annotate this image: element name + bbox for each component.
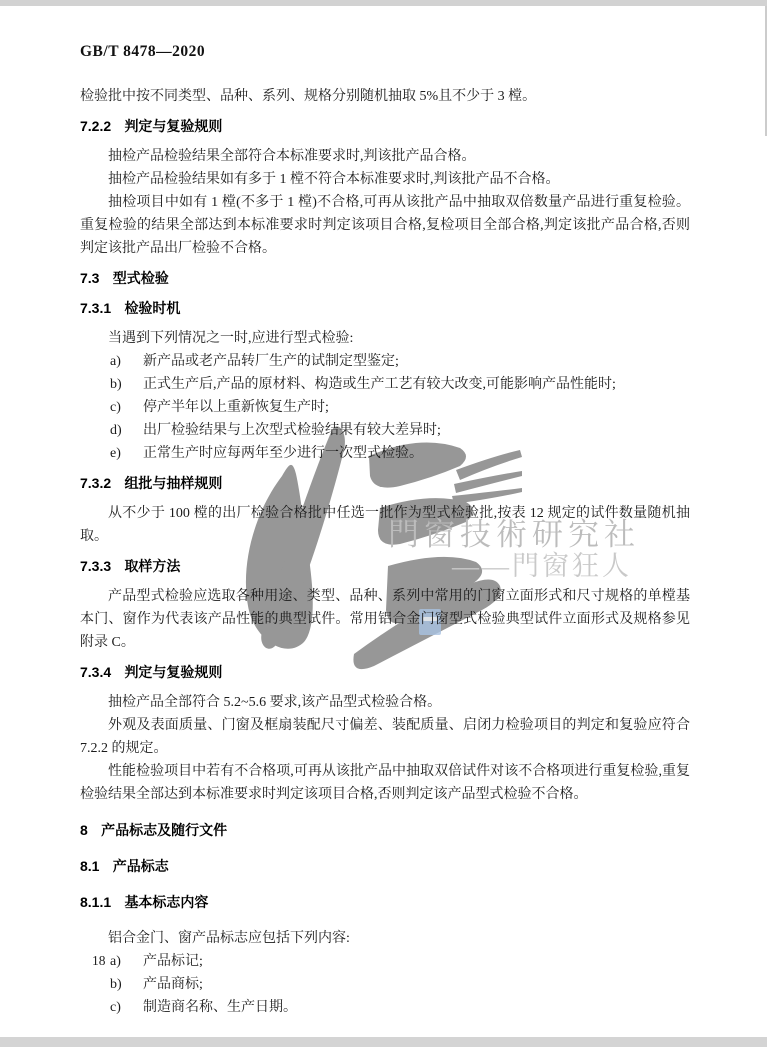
list-marker: b) [110, 973, 143, 996]
standard-code-header: GB/T 8478—2020 [80, 43, 690, 61]
list-marker: d) [110, 419, 143, 442]
heading-number: 7.3 [80, 267, 99, 290]
list-item-text: 正式生产后,产品的原材料、构造或生产工艺有较大改变,可能影响产品性能时; [143, 377, 616, 392]
paragraph: 外观及表面质量、门窗及框扇装配尺寸偏差、装配质量、启闭力检验项目的判定和复验应符… [80, 714, 690, 760]
paragraph: 抽检产品检验结果全部符合本标准要求时,判该批产品合格。 [80, 145, 690, 168]
document-content: GB/T 8478—2020 检验批中按不同类型、品种、系列、规格分别随机抽取 … [0, 43, 767, 1019]
section-heading-7.3.2: 7.3.2组批与抽样规则 [80, 472, 690, 495]
list-marker: e) [110, 442, 143, 465]
paragraph: 检验批中按不同类型、品种、系列、规格分别随机抽取 5%且不少于 3 樘。 [80, 85, 690, 108]
paragraph: 铝合金门、窗产品标志应包括下列内容: [80, 927, 690, 950]
list-marker: a) [110, 950, 143, 973]
list-item-a: a)新产品或老产品转厂生产的试制定型鉴定; [80, 350, 690, 373]
paragraph: 产品型式检验应选取各种用途、类型、品种、系列中常用的门窗立面形式和尺寸规格的单樘… [80, 585, 690, 654]
section-heading-7.3.4: 7.3.4判定与复验规则 [80, 661, 690, 684]
heading-title: 基本标志内容 [124, 894, 208, 910]
document-body: 检验批中按不同类型、品种、系列、规格分别随机抽取 5%且不少于 3 樘。7.2.… [80, 85, 690, 1019]
heading-title: 取样方法 [124, 558, 180, 574]
page-number: 18 [92, 953, 106, 969]
heading-number: 7.3.2 [80, 472, 111, 495]
section-heading-8.1: 8.1产品标志 [80, 855, 690, 878]
section-heading-8.1.1: 8.1.1基本标志内容 [80, 891, 690, 914]
list-item-c: c)停产半年以上重新恢复生产时; [80, 396, 690, 419]
list-item-text: 新产品或老产品转厂生产的试制定型鉴定; [143, 354, 399, 369]
list-marker: b) [110, 373, 143, 396]
section-heading-7.3: 7.3型式检验 [80, 267, 690, 290]
heading-title: 判定与复验规则 [124, 118, 222, 134]
list-item-b: b)正式生产后,产品的原材料、构造或生产工艺有较大改变,可能影响产品性能时; [80, 373, 690, 396]
list-item-text: 正常生产时应每两年至少进行一次型式检验。 [143, 446, 423, 461]
list-item-a: a)产品标记; [80, 950, 690, 973]
heading-title: 产品标志 [113, 858, 169, 874]
heading-title: 判定与复验规则 [124, 664, 222, 680]
paragraph: 当遇到下列情况之一时,应进行型式检验: [80, 327, 690, 350]
heading-title: 产品标志及随行文件 [101, 822, 227, 838]
heading-number: 7.3.1 [80, 297, 111, 320]
scan-edge-top [0, 0, 767, 6]
list-item-text: 产品商标; [143, 977, 203, 992]
list-marker: c) [110, 996, 143, 1019]
heading-number: 8 [80, 819, 88, 842]
heading-number: 7.3.4 [80, 661, 111, 684]
list-item-e: e)正常生产时应每两年至少进行一次型式检验。 [80, 442, 690, 465]
section-heading-8: 8产品标志及随行文件 [80, 819, 690, 842]
heading-title: 检验时机 [124, 300, 180, 316]
list-item-text: 停产半年以上重新恢复生产时; [143, 400, 329, 415]
section-heading-7.3.3: 7.3.3取样方法 [80, 555, 690, 578]
heading-number: 7.3.3 [80, 555, 111, 578]
list-item-text: 产品标记; [143, 954, 203, 969]
heading-number: 7.2.2 [80, 115, 111, 138]
heading-title: 型式检验 [113, 270, 169, 286]
heading-number: 8.1 [80, 855, 99, 878]
list-item-text: 出厂检验结果与上次型式检验结果有较大差异时; [143, 423, 441, 438]
paragraph: 抽检项目中如有 1 樘(不多于 1 樘)不合格,可再从该批产品中抽取双倍数量产品… [80, 191, 690, 260]
scanned-document-page: 門窗技術研究社 ——門窗狂人 GB/T 8478—2020 检验批中按不同类型、… [0, 0, 767, 1047]
paragraph: 性能检验项目中若有不合格项,可再从该批产品中抽取双倍试件对该不合格项进行重复检验… [80, 760, 690, 806]
list-item-d: d)出厂检验结果与上次型式检验结果有较大差异时; [80, 419, 690, 442]
paragraph: 抽检产品检验结果如有多于 1 樘不符合本标准要求时,判该批产品不合格。 [80, 168, 690, 191]
scan-edge-bottom [0, 1037, 767, 1047]
list-marker: a) [110, 350, 143, 373]
paragraph: 从不少于 100 樘的出厂检验合格批中任选一批作为型式检验批,按表 12 规定的… [80, 502, 690, 548]
heading-number: 8.1.1 [80, 891, 111, 914]
section-heading-7.2.2: 7.2.2判定与复验规则 [80, 115, 690, 138]
heading-title: 组批与抽样规则 [124, 475, 222, 491]
paragraph: 抽检产品全部符合 5.2~5.6 要求,该产品型式检验合格。 [80, 691, 690, 714]
section-heading-7.3.1: 7.3.1检验时机 [80, 297, 690, 320]
list-item-b: b)产品商标; [80, 973, 690, 996]
list-marker: c) [110, 396, 143, 419]
list-item-text: 制造商名称、生产日期。 [143, 1000, 297, 1015]
list-item-c: c)制造商名称、生产日期。 [80, 996, 690, 1019]
